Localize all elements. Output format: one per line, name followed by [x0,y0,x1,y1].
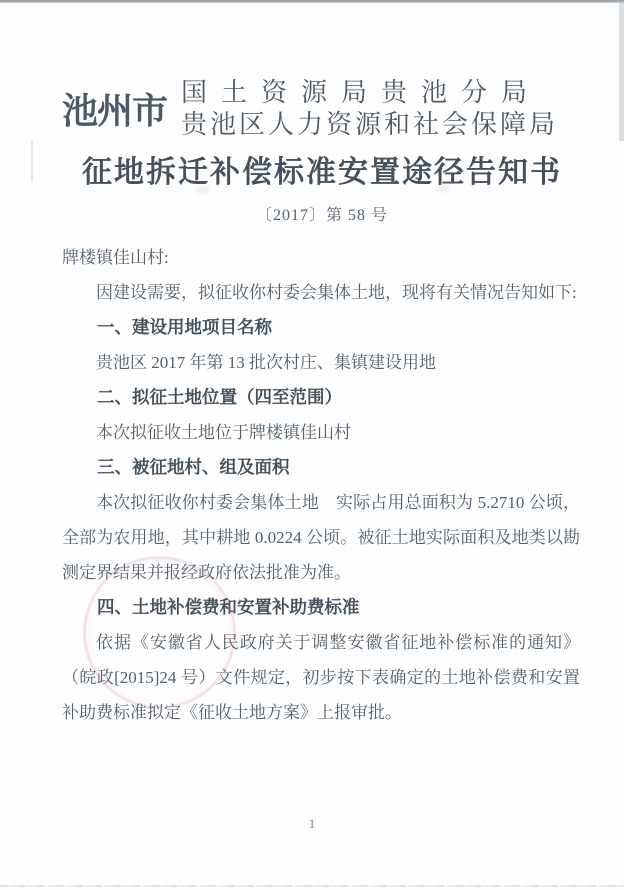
scanned-document-page: 池州市 国土资源局贵池分局 贵池区人力资源和社会保障局 征地拆迁补偿标准安置途径… [0,0,624,890]
scan-right-edge-band [619,3,624,141]
intro-paragraph: 因建设需要，拟征收你村委会集体土地，现将有关情况告知如下: [62,275,580,310]
city-name: 池州市 [62,83,167,134]
document-header: 池州市 国土资源局贵池分局 贵池区人力资源和社会保障局 征地拆迁补偿标准安置途径… [62,76,582,225]
document-number: 〔2017〕第 58 号 [62,202,582,225]
document-title: 征地拆迁补偿标准安置途径告知书 [62,147,582,191]
salutation: 牌楼镇佳山村: [62,240,580,275]
faint-red-seal-stamp [83,556,236,709]
section-2-heading: 二、拟征土地位置（四至范围） [62,380,580,415]
page-number: 1 [0,816,624,832]
scan-top-edge-line [0,0,624,3]
agency-line-land-resources: 国土资源局贵池分局 [181,76,582,108]
scan-bottom-edge-line [0,885,624,887]
section-1-body: 贵池区 2017 年第 13 批次村庄、集镇建设用地 [62,345,580,380]
section-1-heading: 一、建设用地项目名称 [62,310,580,345]
issuing-agencies-row: 池州市 国土资源局贵池分局 贵池区人力资源和社会保障局 [62,76,582,140]
agency-names: 国土资源局贵池分局 贵池区人力资源和社会保障局 [181,76,582,140]
scan-left-artifact [31,140,33,182]
section-3-heading: 三、被征地村、组及面积 [62,450,580,485]
scan-smudge [436,184,450,192]
section-2-body: 本次拟征收土地位于牌楼镇佳山村 [62,415,580,450]
scan-smudge [196,186,210,194]
agency-line-human-resources: 贵池区人力资源和社会保障局 [181,108,582,140]
